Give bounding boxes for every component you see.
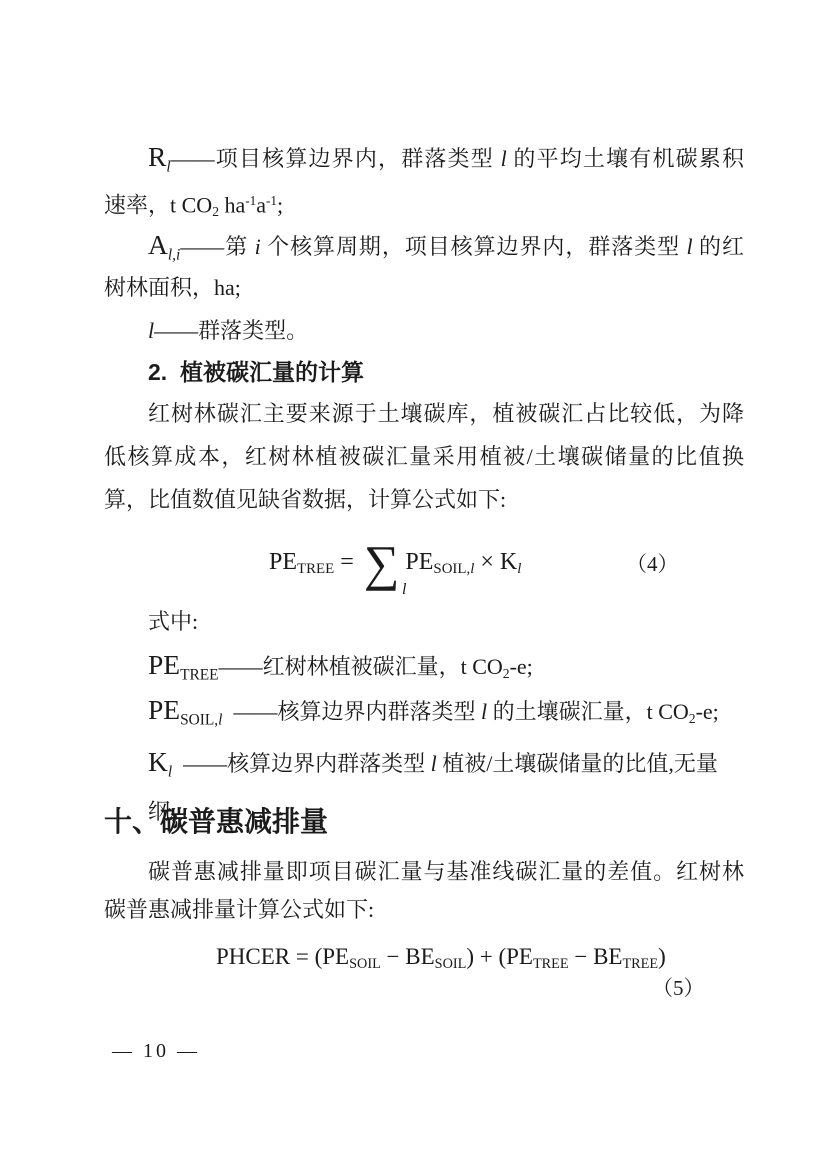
definition-a-line-1: Al,i——第 i 个核算周期，项目核算边界内，群落类型 l 的红: [104, 228, 744, 272]
document-page: Rl——项目核算边界内，群落类型 l 的平均土壤有机碳累积 速率，t CO2 h…: [0, 0, 826, 1169]
formula-4-expression: PETREE = ∑lPESOIL,l × Kl: [269, 534, 521, 592]
definition-l-line: l——群落类型。: [104, 314, 744, 348]
definition-a-line-2: 树林面积，ha;: [104, 271, 744, 305]
section-2-heading: 2. 植被碳汇量的计算: [104, 354, 744, 390]
paragraph-2-line-2: 碳普惠减排量计算公式如下:: [104, 893, 744, 927]
formula-4-rhs: PESOIL,l × Kl: [405, 549, 521, 575]
document-body: Rl——项目核算边界内，群落类型 l 的平均土壤有机碳累积 速率，t CO2 h…: [104, 0, 744, 1169]
sigma-subscript: l: [402, 582, 406, 598]
summation-symbol: ∑l: [364, 534, 400, 592]
paragraph-2-line-1: 碳普惠减排量即项目碳汇量与基准线碳汇量的差值。红树林: [104, 855, 744, 889]
equation-number-4: （4）: [626, 548, 679, 578]
definition-petree-line: PETREE——红树林植被碳汇量，t CO2-e;: [104, 645, 744, 695]
where-label: 式中:: [104, 605, 744, 639]
formula-5-expression: PHCER = (PESOIL − BESOIL) + (PETREE − BE…: [216, 940, 666, 981]
definition-pesoil-line: PESOIL,l ——核算边界内群落类型 l 的土壤碳汇量，t CO2-e;: [104, 690, 744, 740]
definition-r-line-1: Rl——项目核算边界内，群落类型 l 的平均土壤有机碳累积: [104, 140, 744, 184]
equation-number-5: （5）: [652, 972, 705, 1002]
paragraph-1-line-3: 算，比值数值见缺省数据，计算公式如下:: [104, 483, 744, 517]
page-number: — 10 —: [112, 1040, 200, 1063]
formula-5: PHCER = (PESOIL − BESOIL) + (PETREE − BE…: [104, 940, 744, 1010]
section-10-heading: 十、碳普惠减排量: [104, 802, 744, 842]
formula-4-lhs: PETREE =: [269, 549, 360, 575]
formula-4: PETREE = ∑lPESOIL,l × Kl （4）: [104, 522, 744, 604]
paragraph-1-line-2: 低核算成本，红树林植被碳汇量采用植被/土壤碳储量的比值换: [104, 440, 744, 474]
paragraph-1-line-1: 红树林碳汇主要来源于土壤碳库，植被碳汇占比较低，为降: [104, 397, 744, 431]
definition-r-line-2: 速率，t CO2 ha-1a-1;: [104, 184, 744, 229]
sigma-glyph: ∑: [364, 534, 400, 592]
